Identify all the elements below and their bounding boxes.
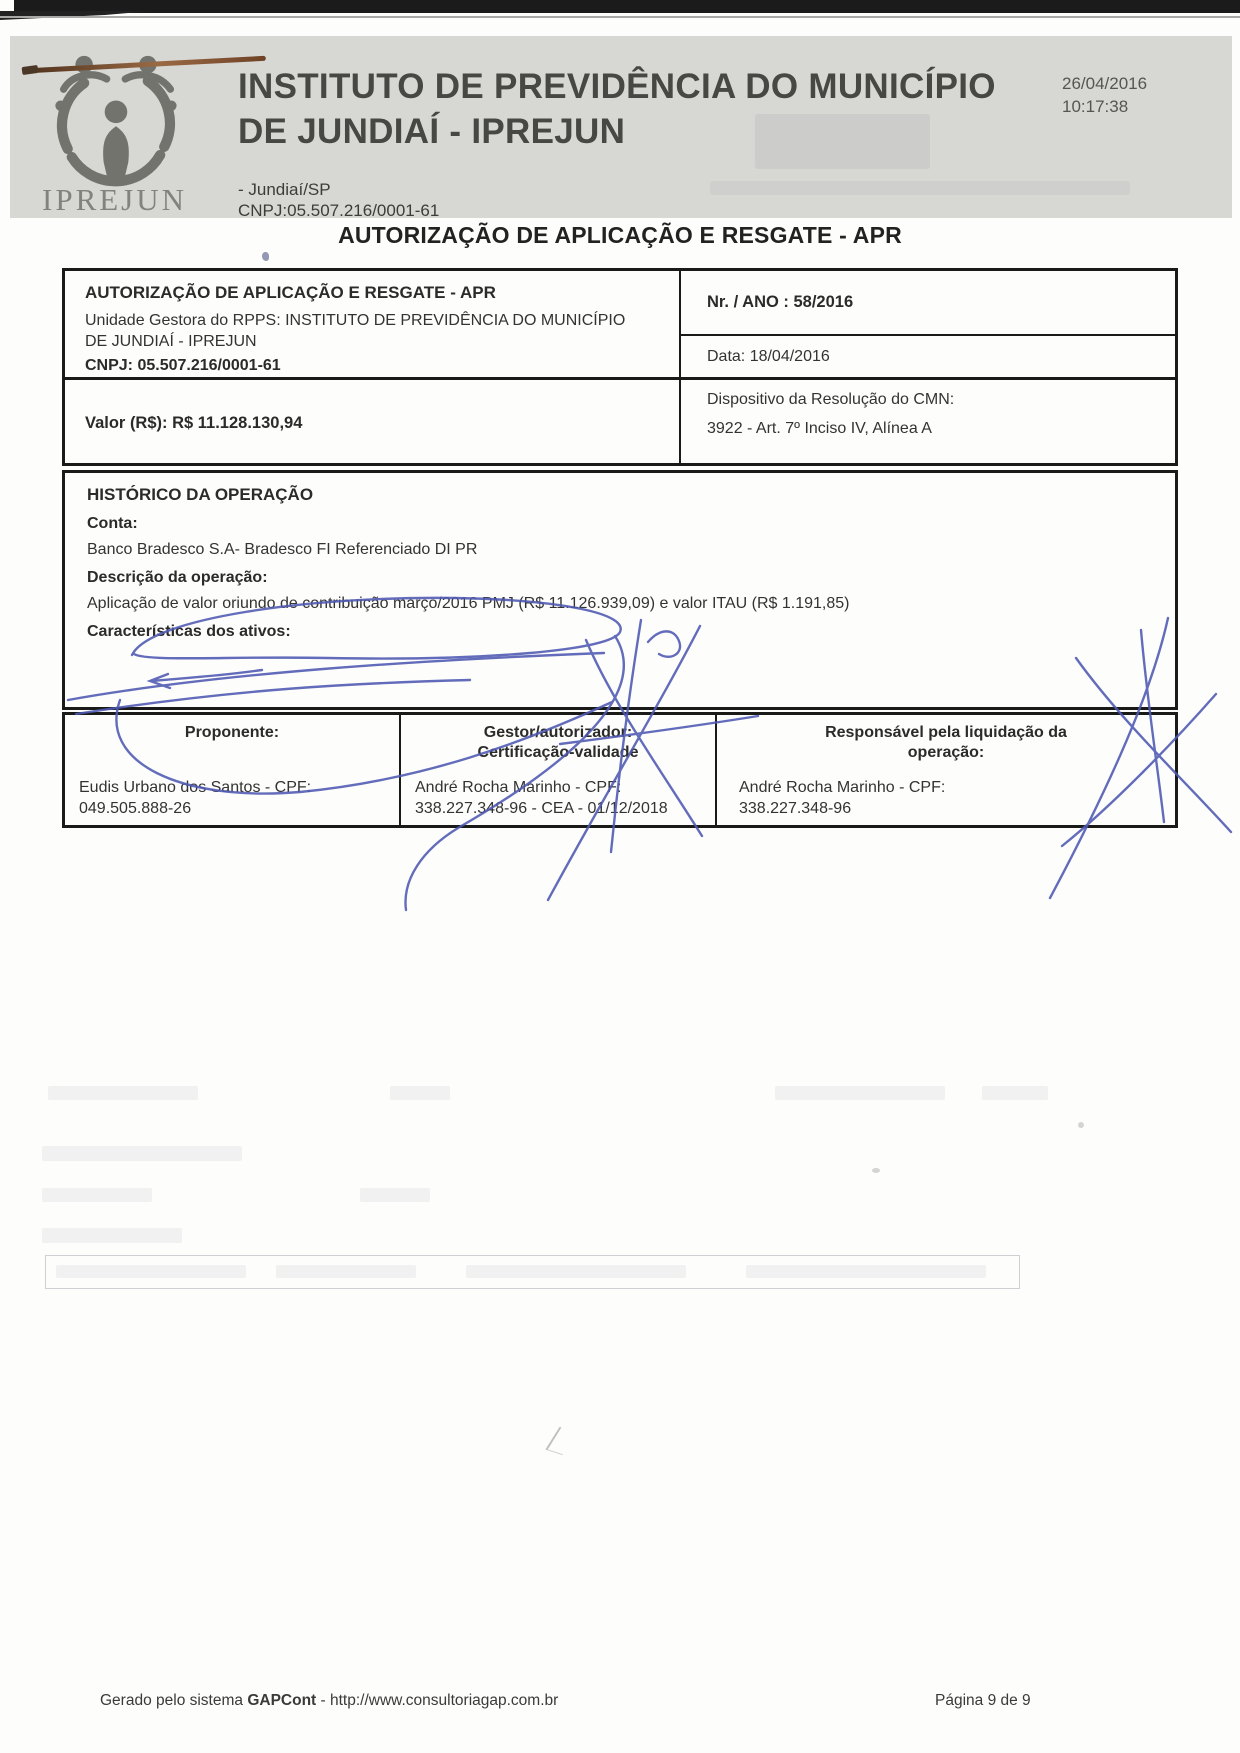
cell-data: Data: 18/04/2016 <box>681 336 1175 377</box>
bleed-through-text-artifact <box>390 1086 450 1100</box>
bleed-through-text-artifact <box>982 1086 1048 1100</box>
dispositivo-value: 3922 - Art. 7º Inciso IV, Alínea A <box>707 420 1175 438</box>
historico-section: HISTÓRICO DA OPERAÇÃO Conta: Banco Brade… <box>62 470 1178 710</box>
signatory-cpf: 338.227.348-96 <box>739 798 1167 819</box>
scan-ghost-stamp <box>710 181 1130 195</box>
conta-label: Conta: <box>87 515 1155 533</box>
signature-role-title: Proponente: <box>65 723 399 743</box>
bleed-through-text-artifact <box>775 1086 945 1100</box>
bleed-through-table-row <box>45 1255 1020 1289</box>
handwritten-signatures-ink <box>0 0 1240 1753</box>
descricao-label: Descrição da operação: <box>87 569 1155 587</box>
signatory-name: André Rocha Marinho - CPF: <box>415 777 707 798</box>
signature-table: Proponente: Eudis Urbano dos Santos - CP… <box>62 712 1178 828</box>
signature-role-title: Responsável pela liquidação da <box>717 723 1175 743</box>
scan-top-bar <box>14 0 1240 13</box>
signatory-name: Eudis Urbano dos Santos - CPF: <box>79 777 391 798</box>
bleed-through-text-artifact <box>48 1086 198 1100</box>
print-date: 26/04/2016 <box>1062 72 1147 95</box>
bleed-through-text-artifact <box>466 1265 686 1278</box>
cell-nr-ano: Nr. / ANO : 58/2016 <box>681 271 1175 334</box>
org-name-line1: INSTITUTO DE PREVIDÊNCIA DO MUNICÍPIO <box>238 64 996 109</box>
signatory-cpf: 049.505.888-26 <box>79 798 391 819</box>
form-cnpj: CNPJ: 05.507.216/0001-61 <box>85 357 661 375</box>
org-name: INSTITUTO DE PREVIDÊNCIA DO MUNICÍPIO DE… <box>238 64 996 154</box>
bleed-through-text-artifact <box>42 1188 152 1202</box>
page-number: Página 9 de 9 <box>935 1692 1031 1710</box>
signatory-cpf: 338.227.348-96 - CEA - 01/12/2018 <box>415 798 707 819</box>
header-band: IPREJUN INSTITUTO DE PREVIDÊNCIA DO MUNI… <box>10 36 1232 218</box>
cell-dispositivo: Dispositivo da Resolução do CMN: 3922 - … <box>681 380 1175 466</box>
pencil-mark-artifact <box>545 1427 576 1455</box>
footer-system-name: GAPCont <box>247 1692 316 1709</box>
info-table: AUTORIZAÇÃO DE APLICAÇÃO E RESGATE - APR… <box>62 268 1178 466</box>
dispositivo-label: Dispositivo da Resolução do CMN: <box>707 391 1175 409</box>
org-name-line2: DE JUNDIAÍ - IPREJUN <box>238 109 996 154</box>
bleed-through-text-artifact <box>42 1228 182 1243</box>
signature-column-proponente: Proponente: Eudis Urbano dos Santos - CP… <box>65 715 399 825</box>
caracteristicas-label: Características dos ativos: <box>87 623 1155 641</box>
scanned-document-page: IPREJUN INSTITUTO DE PREVIDÊNCIA DO MUNI… <box>0 0 1240 1753</box>
print-time: 10:17:38 <box>1062 95 1147 118</box>
signature-identity: Eudis Urbano dos Santos - CPF: 049.505.8… <box>79 777 391 819</box>
org-address-block: - Jundiaí/SP CNPJ:05.507.216/0001-61 <box>238 179 439 221</box>
scan-top-line <box>0 16 1240 18</box>
signature-role-subtitle: operação: <box>717 743 1175 763</box>
bleed-through-text-artifact <box>42 1146 242 1161</box>
signature-column-gestor: Gestor/autorizador: Certificação-validad… <box>401 715 715 825</box>
signatory-name: André Rocha Marinho - CPF: <box>739 777 1167 798</box>
speck-artifact <box>872 1168 880 1173</box>
cell-form-header: AUTORIZAÇÃO DE APLICAÇÃO E RESGATE - APR… <box>65 271 679 377</box>
historico-title: HISTÓRICO DA OPERAÇÃO <box>87 485 1155 505</box>
org-cnpj: CNPJ:05.507.216/0001-61 <box>238 200 439 221</box>
print-datetime: 26/04/2016 10:17:38 <box>1062 72 1147 118</box>
signature-column-liquidacao: Responsável pela liquidação da operação:… <box>717 715 1175 825</box>
bleed-through-text-artifact <box>360 1188 430 1202</box>
signature-role-title: Gestor/autorizador: <box>401 723 715 743</box>
unidade-gestora: Unidade Gestora do RPPS: INSTITUTO DE PR… <box>85 310 630 352</box>
ink-speck-artifact <box>262 252 269 261</box>
signature-identity: André Rocha Marinho - CPF: 338.227.348-9… <box>739 777 1167 819</box>
logo-caption: IPREJUN <box>42 182 187 218</box>
form-title: AUTORIZAÇÃO DE APLICAÇÃO E RESGATE - APR <box>85 283 661 303</box>
bleed-through-text-artifact <box>56 1265 246 1278</box>
signature-role-subtitle: Certificação-validade <box>401 743 715 763</box>
bleed-through-text-artifact <box>276 1265 416 1278</box>
signature-identity: André Rocha Marinho - CPF: 338.227.348-9… <box>415 777 707 819</box>
conta-value: Banco Bradesco S.A- Bradesco FI Referenc… <box>87 541 1155 559</box>
descricao-value: Aplicação de valor oriundo de contribuiç… <box>87 595 1155 613</box>
footer-generated-by: Gerado pelo sistema GAPCont - http://www… <box>100 1692 558 1710</box>
document-title: AUTORIZAÇÃO DE APLICAÇÃO E RESGATE - APR <box>0 222 1240 249</box>
footer-prefix: Gerado pelo sistema <box>100 1692 247 1709</box>
cell-valor: Valor (R$): R$ 11.128.130,94 <box>65 380 679 466</box>
bleed-through-text-artifact <box>746 1265 986 1278</box>
speck-artifact <box>1078 1122 1084 1128</box>
footer-suffix: - http://www.consultoriagap.com.br <box>316 1692 558 1709</box>
org-city: - Jundiaí/SP <box>238 179 439 200</box>
